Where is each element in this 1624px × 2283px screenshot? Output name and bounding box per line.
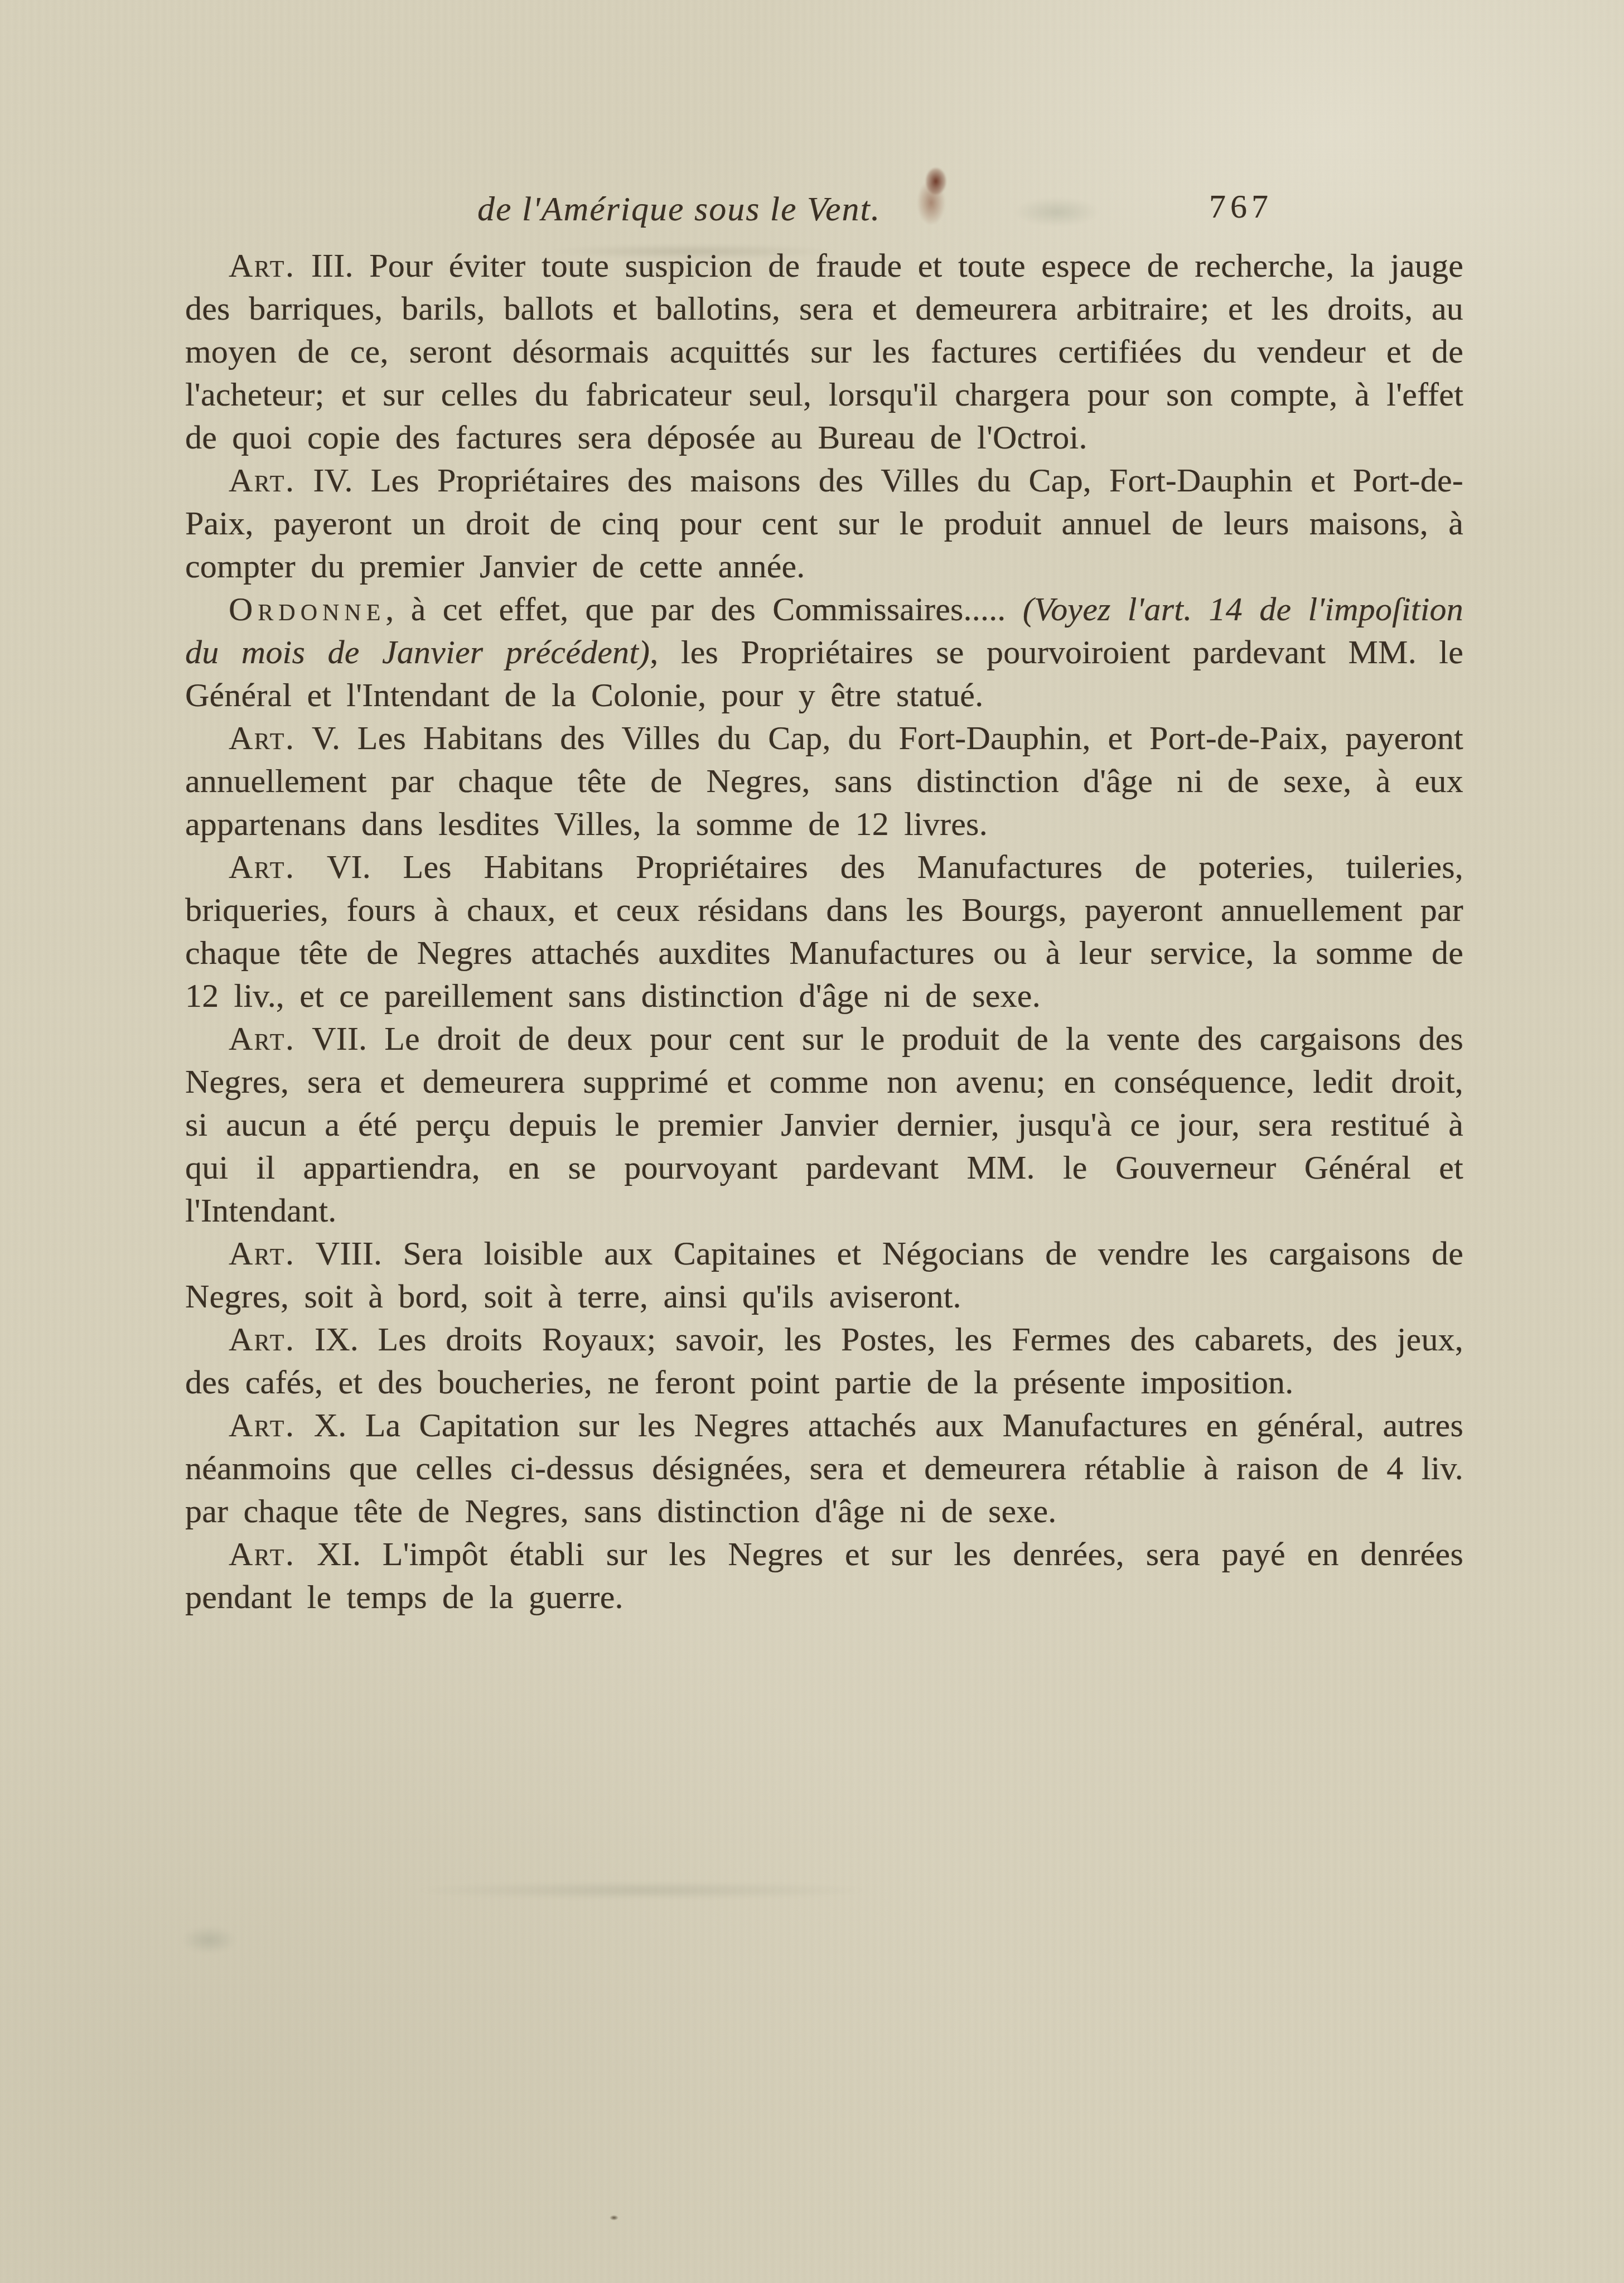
text-segment: IX. Les droits Royaux; savoir, les Poste… <box>185 1321 1463 1401</box>
text-segment: Art. <box>229 1235 295 1272</box>
paragraph: Ordonne, à cet effet, que par des Commis… <box>185 588 1463 717</box>
paragraph: Art. V. Les Habitans des Villes du Cap, … <box>185 717 1463 846</box>
text-segment: VIII. Sera loisible aux Capitaines et Né… <box>185 1235 1463 1315</box>
text-segment: V. Les Habitans des Villes du Cap, du Fo… <box>185 720 1463 842</box>
text-segment: Art. <box>229 247 295 284</box>
text-segment: , à cet effet, que par des Commissaires.… <box>385 591 1022 628</box>
text-segment: Art. <box>229 1321 295 1358</box>
paragraph: Art. IX. Les droits Royaux; savoir, les … <box>185 1318 1463 1404</box>
paragraph: Art. X. La Capitation sur les Negres att… <box>185 1404 1463 1533</box>
document-body: Art. III. Pour éviter toute suspicion de… <box>185 244 1463 1619</box>
header-title: de l'Amérique sous le Vent. <box>477 190 881 229</box>
scanned-document-page: de l'Amérique sous le Vent. 767 Art. III… <box>0 0 1624 2283</box>
text-segment: Ordonne <box>229 591 385 628</box>
text-segment: Art. <box>229 848 295 885</box>
text-segment: III. Pour éviter toute suspicion de frau… <box>185 247 1463 456</box>
bleed-through-smudge <box>346 1875 937 1905</box>
text-segment: Art. <box>229 1536 295 1572</box>
paragraph: Art. VIII. Sera loisible aux Capitaines … <box>185 1232 1463 1318</box>
text-segment: IV. Les Propriétaires des maisons des Vi… <box>185 462 1463 585</box>
text-segment: Art. <box>229 720 295 756</box>
bleed-through-smudge <box>167 1918 251 1962</box>
running-header: de l'Amérique sous le Vent. 767 <box>0 177 1624 244</box>
text-segment: X. La Capitation sur les Negres attachés… <box>185 1407 1463 1529</box>
paragraph: Art. VII. Le droit de deux pour cent sur… <box>185 1017 1463 1232</box>
text-segment: Art. <box>229 1407 295 1444</box>
paragraph: Art. IV. Les Propriétaires des maisons d… <box>185 459 1463 588</box>
ink-speck <box>607 2213 621 2222</box>
paragraph: Art. III. Pour éviter toute suspicion de… <box>185 244 1463 459</box>
text-segment: VI. Les Habitans Propriétaires des Manuf… <box>185 848 1463 1014</box>
paragraph: Art. XI. L'impôt établi sur les Negres e… <box>185 1533 1463 1619</box>
page-number: 767 <box>1209 187 1273 226</box>
text-segment: Art. <box>229 462 295 499</box>
text-segment: XI. L'impôt établi sur les Negres et sur… <box>185 1536 1463 1615</box>
paragraph: Art. VI. Les Habitans Propriétaires des … <box>185 846 1463 1017</box>
text-segment: VII. Le droit de deux pour cent sur le p… <box>185 1020 1463 1229</box>
text-segment: Art. <box>229 1020 295 1057</box>
